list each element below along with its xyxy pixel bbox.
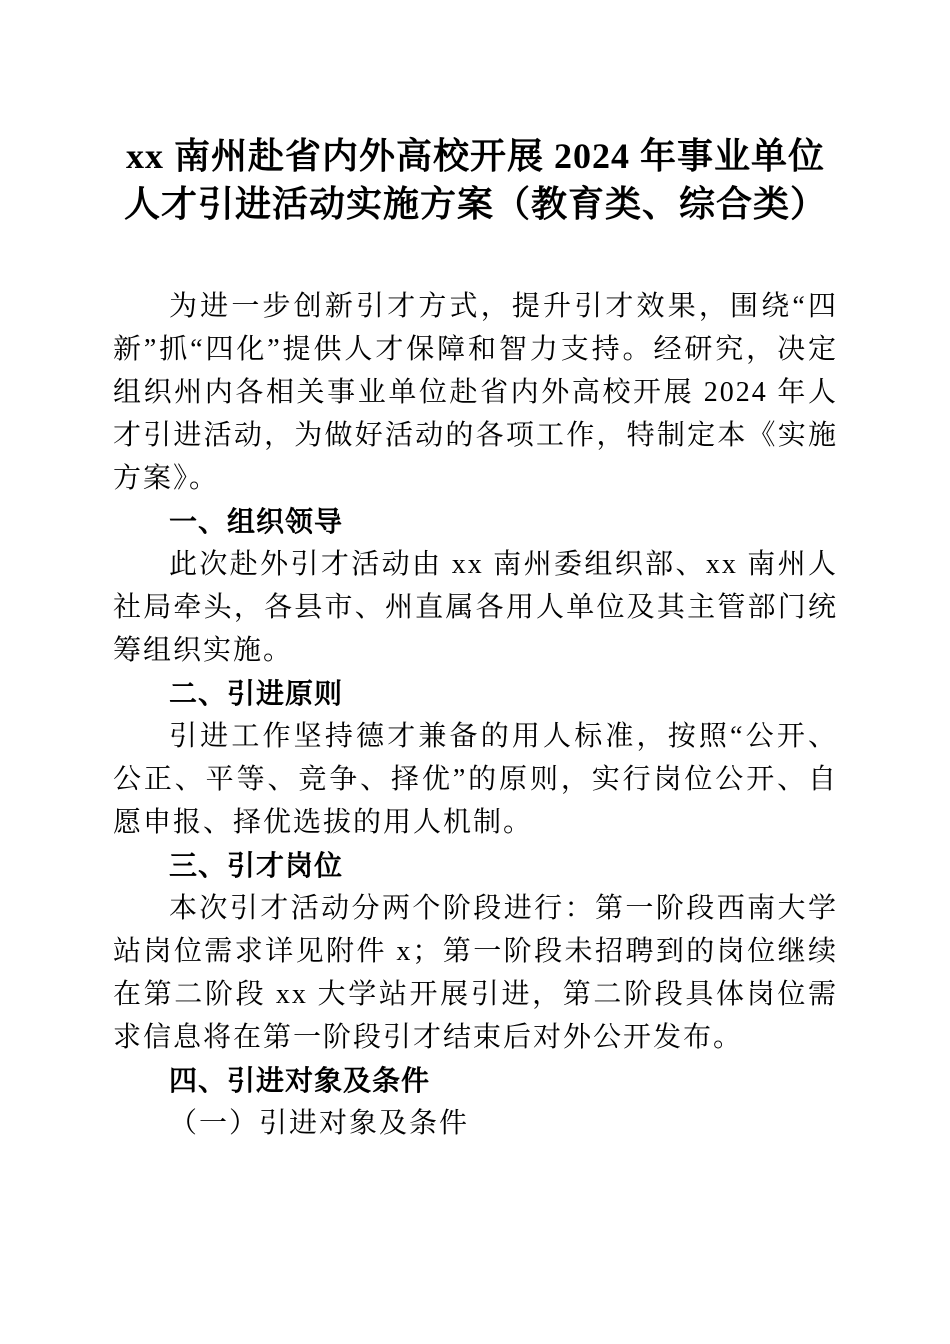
section-heading-targets-and-conditions: 四、引进对象及条件 bbox=[113, 1059, 838, 1102]
document-page: xx 南州赴省内外高校开展 2024 年事业单位人才引进活动实施方案（教育类、综… bbox=[0, 0, 950, 1344]
paragraph-introduction-principles: 引进工作坚持德才兼备的用人标准，按照“公开、公正、平等、竞争、择优”的原则，实行… bbox=[113, 715, 838, 844]
sub-heading-targets-and-conditions: （一）引进对象及条件 bbox=[113, 1102, 838, 1145]
section-heading-talent-positions: 三、引才岗位 bbox=[113, 844, 838, 887]
section-heading-introduction-principles: 二、引进原则 bbox=[113, 672, 838, 715]
section-heading-organization-leadership: 一、组织领导 bbox=[113, 500, 838, 543]
paragraph-talent-positions: 本次引才活动分两个阶段进行：第一阶段西南大学站岗位需求详见附件 x；第一阶段未招… bbox=[113, 887, 838, 1059]
intro-paragraph: 为进一步创新引才方式，提升引才效果，围绕“四新”抓“四化”提供人才保障和智力支持… bbox=[113, 285, 838, 500]
paragraph-organization-leadership: 此次赴外引才活动由 xx 南州委组织部、xx 南州人社局牵头，各县市、州直属各用… bbox=[113, 543, 838, 672]
document-title: xx 南州赴省内外高校开展 2024 年事业单位人才引进活动实施方案（教育类、综… bbox=[113, 132, 838, 228]
